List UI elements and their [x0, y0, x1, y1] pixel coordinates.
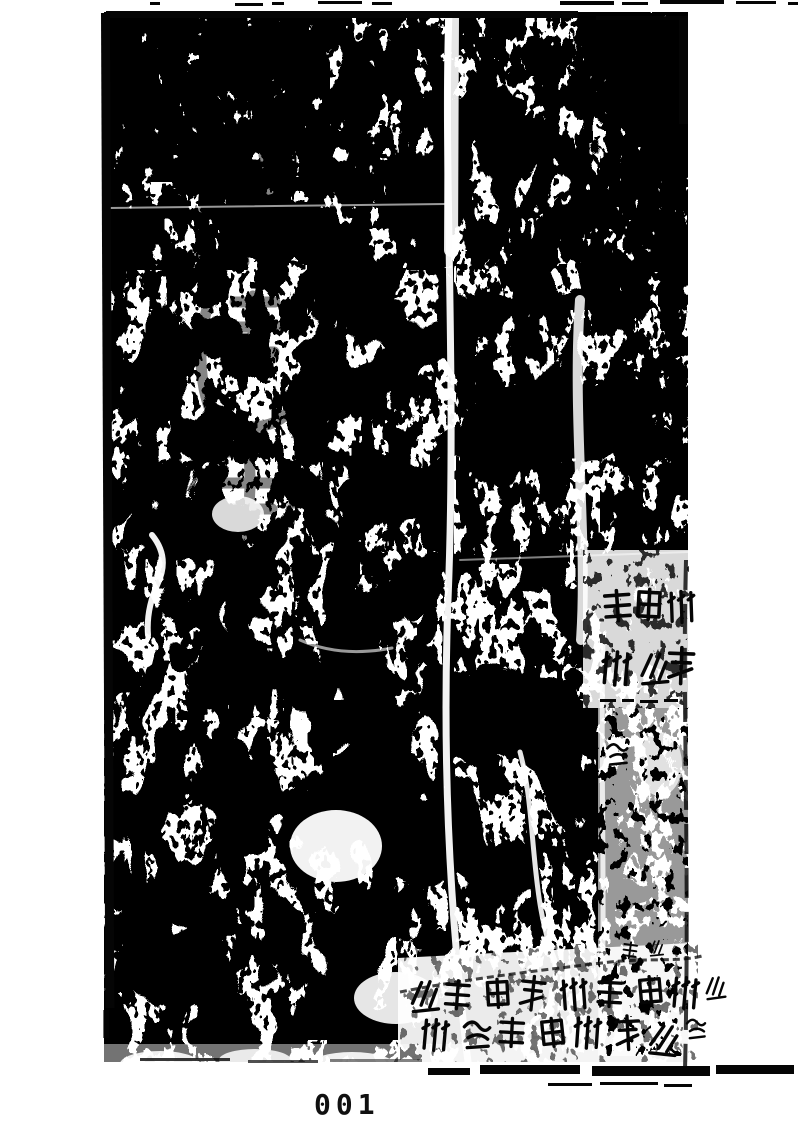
rubbing-image	[0, 0, 800, 1131]
white-wear-spot-3	[212, 496, 264, 532]
top-border-rule-right	[596, 16, 688, 20]
crack-second-river	[578, 300, 583, 640]
top-margin-dashes	[150, 0, 798, 6]
left-border-fragment	[103, 1010, 109, 1038]
texture-top-left-darkest	[104, 12, 330, 182]
handwriting-row	[604, 589, 694, 623]
white-wear-spot-1	[290, 810, 382, 882]
speckle-mid-right	[583, 550, 689, 708]
texture-right-column	[600, 64, 688, 560]
right-border-rule-top	[679, 18, 688, 124]
scanned-page: 001	[0, 0, 800, 1131]
bottom-dashed-rule	[428, 1065, 794, 1087]
bottom-edge-bite-3	[308, 1052, 396, 1080]
crack-top-wide	[451, 16, 452, 250]
bottom-edge-bite-1	[120, 1051, 200, 1077]
texture-left-mid-band	[104, 268, 454, 720]
top-border-rule	[106, 11, 578, 18]
texture-dark-column	[456, 264, 570, 564]
page-number: 001	[314, 1088, 424, 1121]
